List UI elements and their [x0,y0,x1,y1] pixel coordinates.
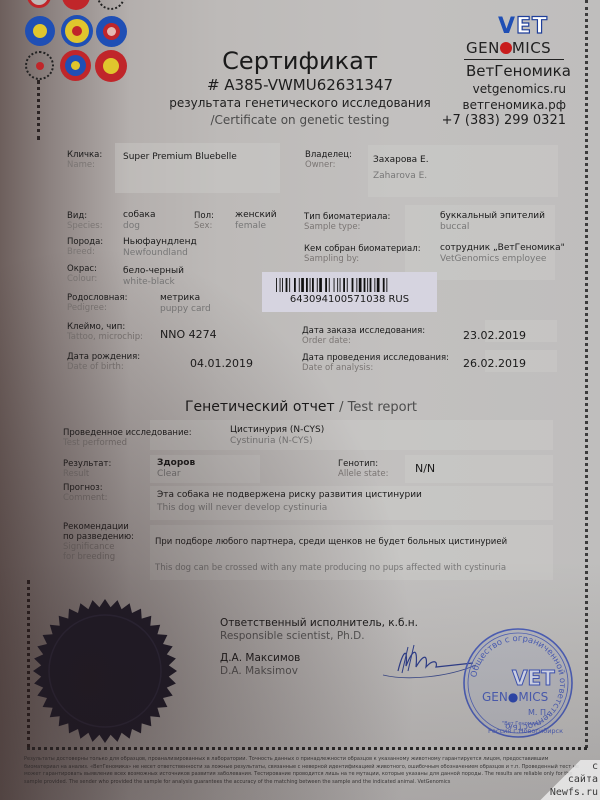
dotted-line [37,80,40,140]
logo-vet: VET [498,14,548,39]
logo-name-ru: ВетГеномика [466,62,571,80]
phone-number: +7 (383) 299 0321 [442,113,566,129]
report-title: Генетический отчет / Test report [185,399,417,415]
stamp-icon: Общество с ограниченной ответственностью… [462,627,574,739]
pedigree-label: Родословная:Pedigree: [67,293,127,313]
sex-label: Пол:Sex: [194,211,214,231]
colour-label: Окрас:Colour: [67,264,97,284]
breeding-value: При подборе любого партнера, среди щенко… [155,529,507,581]
tattoo-label: Клеймо, чип:Tattoo, microchip: [67,322,143,342]
sampling-label: Кем собран биоматериал:Sampling by: [304,244,421,264]
name-label: Кличка:Name: [67,150,102,170]
order-date-label: Дата заказа исследования:Order date: [302,326,425,346]
genotype-label: Генотип:Allele state: [338,459,388,479]
test-label: Проведенное исследование:Test performed [63,428,192,448]
circle-deco [27,0,51,8]
company-stamp: Общество с ограниченной ответственностью… [462,627,574,739]
svg-text:VET: VET [512,666,555,690]
tattoo-value: NNO 4274 [160,329,217,340]
comment-label: Прогноз:Comment: [63,483,108,503]
certificate-subtitle: результата генетического исследования [160,96,440,110]
analysis-date-label: Дата проведения исследования:Date of ana… [302,353,449,373]
species-label: Вид:Species: [67,211,103,231]
result-label: Результат:Result [63,459,111,479]
logo-genomics: GENMICS [466,39,551,57]
website-link: vetgenomics.ru [442,81,566,97]
comment-value: Эта собака не подвержена риску развития … [157,489,422,515]
watermark: с сайта Newfs.ru [540,760,600,800]
gold-seal-icon [30,596,180,746]
svg-text:М. П.: М. П. [528,708,549,717]
sex-value: женскийfemale [235,210,277,232]
website-rf-link: ветгеномика.рф [442,97,566,113]
result-value: ЗдоровClear [157,458,195,480]
certificate-title: Сертификат [180,47,420,75]
svg-text:Россия г.Новосибирск: Россия г.Новосибирск [488,727,563,735]
circle-deco [25,16,55,46]
circle-deco [96,16,127,47]
genotype-value: N/N [415,463,435,474]
sampling-value: сотрудник „ВетГеномика"VetGenomics emplo… [440,243,565,265]
svg-text:GEN●MICS: GEN●MICS [482,690,548,704]
circle-deco [62,0,90,10]
name-value: Super Premium Bluebelle [123,152,237,163]
border-dotted-right [585,0,588,748]
sample-type-value: буккальный эпителийbuccal [440,211,545,233]
owner-value: Захарова Е.Zaharova E. [373,152,429,184]
pedigree-value: метрикаpuppy card [160,293,211,315]
order-date-value: 23.02.2019 [463,330,526,341]
breed-value: НьюфаундлендNewfoundland [123,237,197,259]
logo-divider [464,59,564,60]
certificate-number: # A385-VWMU62631347 [180,76,420,94]
dob-value: 04.01.2019 [190,358,253,369]
circle-deco [25,51,54,80]
contacts: vetgenomics.ru ветгеномика.рф +7 (383) 2… [442,81,566,129]
name-panel [115,143,280,193]
colour-value: бело-черныйwhite-black [123,266,184,288]
logo-red-dot-icon [500,42,512,54]
border-dotted-bottom [27,747,587,750]
footer-disclaimer: Результаты достоверны только для образцо… [24,756,579,786]
circle-deco [61,15,93,47]
dob-label: Дата рождения:Date of birth: [67,352,140,372]
breed-label: Порода:Breed: [67,237,103,257]
circle-deco [60,50,91,81]
circle-deco [97,0,125,10]
analysis-date-value: 26.02.2019 [463,358,526,369]
barcode-icon [276,278,426,292]
barcode-number: 643094100571038 RUS [262,294,437,305]
breeding-label: Рекомендациипо разведению:Significancefo… [63,522,134,562]
test-value: Цистинурия (N-CYS)Cystinuria (N-CYS) [230,425,324,447]
owner-label: Владелец:Owner: [305,150,352,170]
circle-deco [95,50,127,82]
species-value: собакаdog [123,210,155,232]
sample-type-label: Тип биоматериала:Sample type: [304,212,390,232]
barcode-sticker: 643094100571038 RUS [262,272,437,312]
test-panel [150,420,553,450]
certificate-subtitle-en: /Certificate on genetic testing [160,113,440,127]
